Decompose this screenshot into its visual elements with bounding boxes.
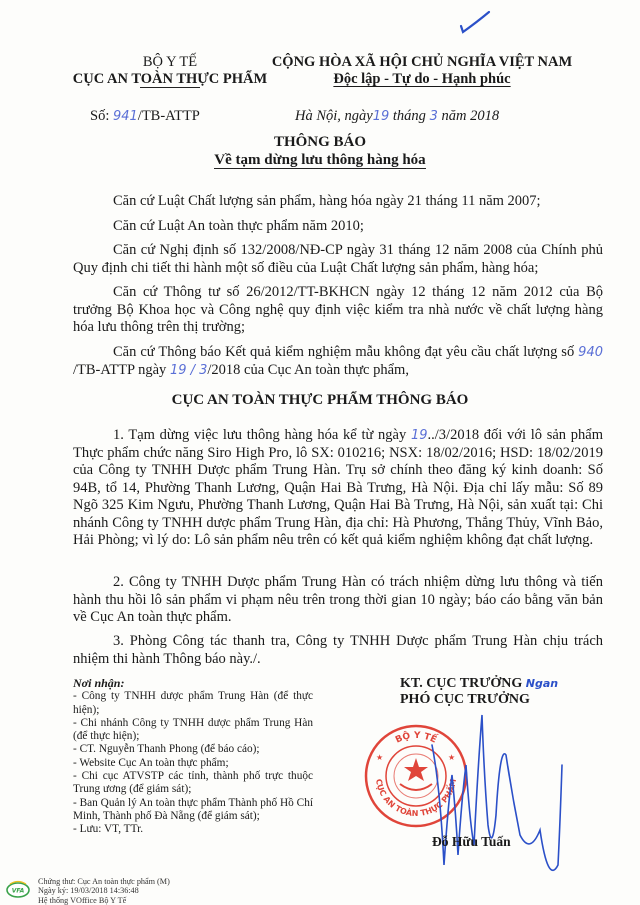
recipient-item: - Ban Quản lý An toàn thực phẩm Thành ph…: [73, 797, 313, 824]
section-heading: CỤC AN TOÀN THỰC PHẨM THÔNG BÁO: [0, 392, 640, 409]
agency-underline: [140, 87, 200, 88]
check-mark-icon: [455, 8, 495, 36]
basis-2: Căn cứ Luật An toàn thực phẩm năm 2010;: [73, 218, 603, 236]
country-name: CỘNG HÒA XÃ HỘI CHỦ NGHĨA VIỆT NAM: [262, 54, 582, 71]
item-3: 3. Phòng Công tác thanh tra, Công ty TNH…: [73, 633, 603, 668]
signature-title: KT. CỤC TRƯỞNG Ngan PHÓ CỤC TRƯỞNG: [400, 676, 600, 708]
national-header: CỘNG HÒA XÃ HỘI CHỦ NGHĨA VIỆT NAM Độc l…: [262, 54, 582, 88]
recipient-item: - Công ty TNHH dược phẩm Trung Hàn (để t…: [73, 690, 313, 717]
basis-3: Căn cứ Nghị định số 132/2008/NĐ-CP ngày …: [73, 242, 603, 277]
signer-name: Đỗ Hữu Tuấn: [432, 834, 511, 850]
issuing-agency: BỘ Y TẾ CỤC AN TOÀN THỰC PHẨM: [60, 54, 280, 89]
digital-signature-footer: VFA Chứng thư: Cục An toàn thực phẩm (M)…: [0, 876, 640, 905]
recipient-item: - Chi cục ATVSTP các tỉnh, thành phố trự…: [73, 770, 313, 797]
item-1: 1. Tạm dừng việc lưu thông hàng hóa kể t…: [73, 427, 603, 550]
recipient-item: - Lưu: VT, TTr.: [73, 823, 313, 836]
document-number: Số: 941/TB-ATTP: [90, 108, 200, 125]
handwritten-signature-icon: [430, 705, 600, 880]
national-motto: Độc lập - Tự do - Hạnh phúc: [333, 71, 510, 87]
recipients-heading: Nơi nhận:: [73, 677, 313, 690]
vfa-logo-icon: VFA: [6, 880, 30, 898]
document-page: BỘ Y TẾ CỤC AN TOÀN THỰC PHẨM CỘNG HÒA X…: [0, 0, 640, 905]
signature-info: Chứng thư: Cục An toàn thực phẩm (M) Ngà…: [38, 877, 170, 905]
item-2: 2. Công ty TNHH Dược phẩm Trung Hàn có t…: [73, 574, 603, 627]
basis-5: Căn cứ Thông báo Kết quả kiểm nghiệm mẫu…: [73, 344, 603, 379]
agency-name: CỤC AN TOÀN THỰC PHẨM: [60, 71, 280, 88]
basis-4: Căn cứ Thông tư số 26/2012/TT-BKHCN ngày…: [73, 284, 603, 337]
initials: Ngan: [526, 677, 558, 690]
recipient-item: - Website Cục An toàn thực phẩm;: [73, 757, 313, 770]
document-subtitle: Về tạm dừng lưu thông hàng hóa: [0, 152, 640, 169]
recipient-item: - Chi nhánh Công ty TNHH dược phẩm Trung…: [73, 717, 313, 744]
document-title: THÔNG BÁO: [0, 134, 640, 151]
recipients-block: Nơi nhận: - Công ty TNHH dược phẩm Trung…: [73, 677, 313, 837]
document-date: Hà Nội, ngày19 tháng 3 năm 2018: [295, 108, 499, 125]
recipient-item: - CT. Nguyễn Thanh Phong (để báo cáo);: [73, 743, 313, 756]
svg-text:★: ★: [376, 753, 383, 762]
svg-text:VFA: VFA: [12, 888, 25, 895]
ministry-name: BỘ Y TẾ: [60, 54, 280, 71]
handwritten-number: 941: [113, 109, 138, 124]
basis-1: Căn cứ Luật Chất lượng sản phẩm, hàng hó…: [73, 193, 603, 211]
